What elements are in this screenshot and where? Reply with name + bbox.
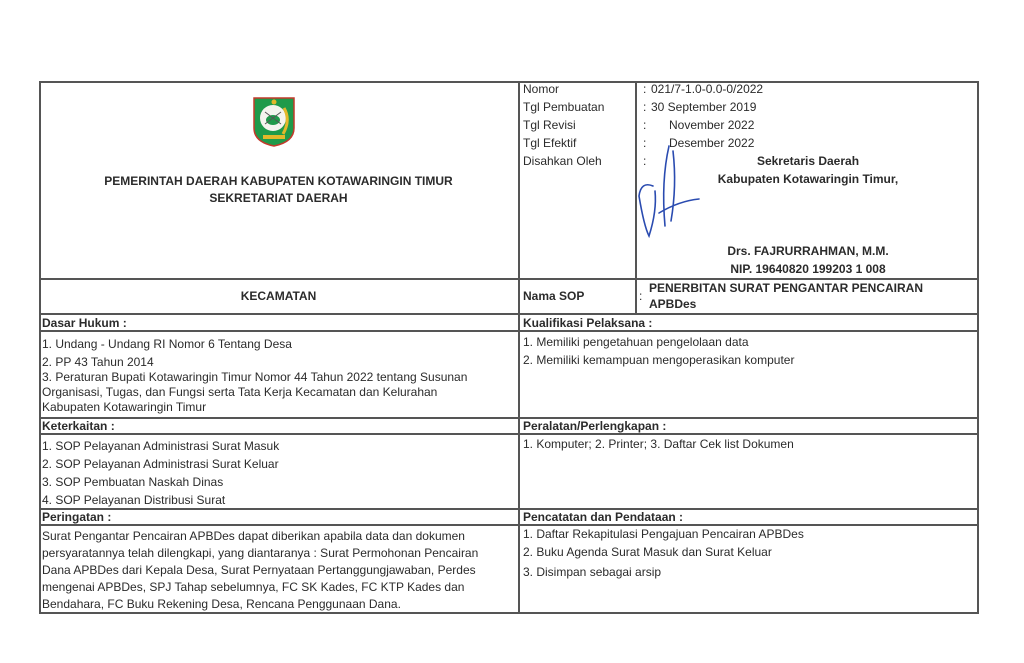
peralatan-title: Peralatan/Perlengkapan : bbox=[523, 418, 666, 434]
org-name-line2: SEKRETARIAT DAERAH bbox=[39, 190, 518, 206]
info-value-nomor: 021/7-1.0-0.0-0/2022 bbox=[651, 81, 763, 97]
peringatan-line: Dana APBDes dari Kepala Desa, Surat Pern… bbox=[42, 562, 476, 578]
approver-nip: NIP. 19640820 199203 1 008 bbox=[637, 261, 979, 277]
pencatatan-title: Pencatatan dan Pendataan : bbox=[523, 509, 683, 525]
keterkaitan-item: 1. SOP Pelayanan Administrasi Surat Masu… bbox=[42, 438, 279, 454]
info-label-disahkan-oleh: Disahkan Oleh bbox=[523, 153, 602, 169]
keterkaitan-item: 3. SOP Pembuatan Naskah Dinas bbox=[42, 474, 223, 490]
section-divider-2 bbox=[39, 417, 979, 419]
info-value-tgl-revisi: November 2022 bbox=[669, 117, 754, 133]
kualifikasi-title: Kualifikasi Pelaksana : bbox=[523, 315, 652, 331]
unit-row-bottom-line bbox=[39, 313, 979, 315]
signature-icon bbox=[599, 141, 739, 241]
sop-name-line2: APBDes bbox=[649, 296, 696, 312]
section-divider-3 bbox=[39, 508, 979, 510]
pencatatan-item: 3. Disimpan sebagai arsip bbox=[523, 564, 661, 580]
section-header-line-2 bbox=[39, 433, 979, 435]
kualifikasi-item: 1. Memiliki pengetahuan pengelolaan data bbox=[523, 334, 749, 350]
peringatan-line: persyaratannya telah dilengkapi, yang di… bbox=[42, 545, 478, 561]
peringatan-line: Surat Pengantar Pencairan APBDes dapat d… bbox=[42, 528, 465, 544]
sop-name-line1: PENERBITAN SURAT PENGANTAR PENCAIRAN bbox=[649, 280, 923, 296]
pencatatan-item: 2. Buku Agenda Surat Masuk dan Surat Kel… bbox=[523, 544, 772, 560]
info-label-tgl-pembuatan: Tgl Pembuatan bbox=[523, 99, 604, 115]
info-sep: : bbox=[643, 81, 646, 97]
keterkaitan-item: 4. SOP Pelayanan Distribusi Surat bbox=[42, 492, 225, 508]
kualifikasi-item: 2. Memiliki kemampuan mengoperasikan kom… bbox=[523, 352, 794, 368]
peringatan-line: mengenai APBDes, SPJ Tahap sebelumnya, F… bbox=[42, 579, 464, 595]
info-value-tgl-pembuatan: 30 September 2019 bbox=[651, 99, 756, 115]
pencatatan-item: 1. Daftar Rekapitulasi Pengajuan Pencair… bbox=[523, 526, 804, 542]
info-label-tgl-efektif: Tgl Efektif bbox=[523, 135, 576, 151]
dasar-hukum-title: Dasar Hukum : bbox=[42, 315, 127, 331]
info-sep: : bbox=[643, 117, 646, 133]
peringatan-title: Peringatan : bbox=[42, 509, 111, 525]
section-header-line-3 bbox=[39, 524, 979, 526]
keterkaitan-item: 2. SOP Pelayanan Administrasi Surat Kelu… bbox=[42, 456, 279, 472]
approver-name: Drs. FAJRURRAHMAN, M.M. bbox=[637, 243, 979, 259]
kotawaringin-timur-emblem-icon bbox=[251, 94, 297, 148]
info-label-tgl-revisi: Tgl Revisi bbox=[523, 117, 576, 133]
dasar-hukum-item: Organisasi, Tugas, dan Fungsi serta Tata… bbox=[42, 384, 437, 400]
keterkaitan-title: Keterkaitan : bbox=[42, 418, 115, 434]
sop-name-label: Nama SOP bbox=[523, 288, 584, 304]
unit-name: KECAMATAN bbox=[39, 288, 518, 304]
info-sep: : bbox=[643, 99, 646, 115]
peralatan-item: 1. Komputer; 2. Printer; 3. Daftar Cek l… bbox=[523, 436, 794, 452]
dasar-hukum-item: 2. PP 43 Tahun 2014 bbox=[42, 354, 154, 370]
sop-document: PEMERINTAH DAERAH KABUPATEN KOTAWARINGIN… bbox=[39, 81, 979, 614]
dasar-hukum-item: 1. Undang - Undang RI Nomor 6 Tentang De… bbox=[42, 336, 292, 352]
center-divider bbox=[518, 81, 520, 614]
dasar-hukum-item: 3. Peraturan Bupati Kotawaringin Timur N… bbox=[42, 369, 467, 385]
peringatan-line: Bendahara, FC Buku Rekening Desa, Rencan… bbox=[42, 596, 401, 612]
section-header-line bbox=[39, 330, 979, 332]
dasar-hukum-item: Kabupaten Kotawaringin Timur bbox=[42, 399, 206, 415]
sop-name-sep: : bbox=[639, 288, 642, 304]
org-name-line1: PEMERINTAH DAERAH KABUPATEN KOTAWARINGIN… bbox=[39, 173, 518, 189]
info-label-nomor: Nomor bbox=[523, 81, 559, 97]
